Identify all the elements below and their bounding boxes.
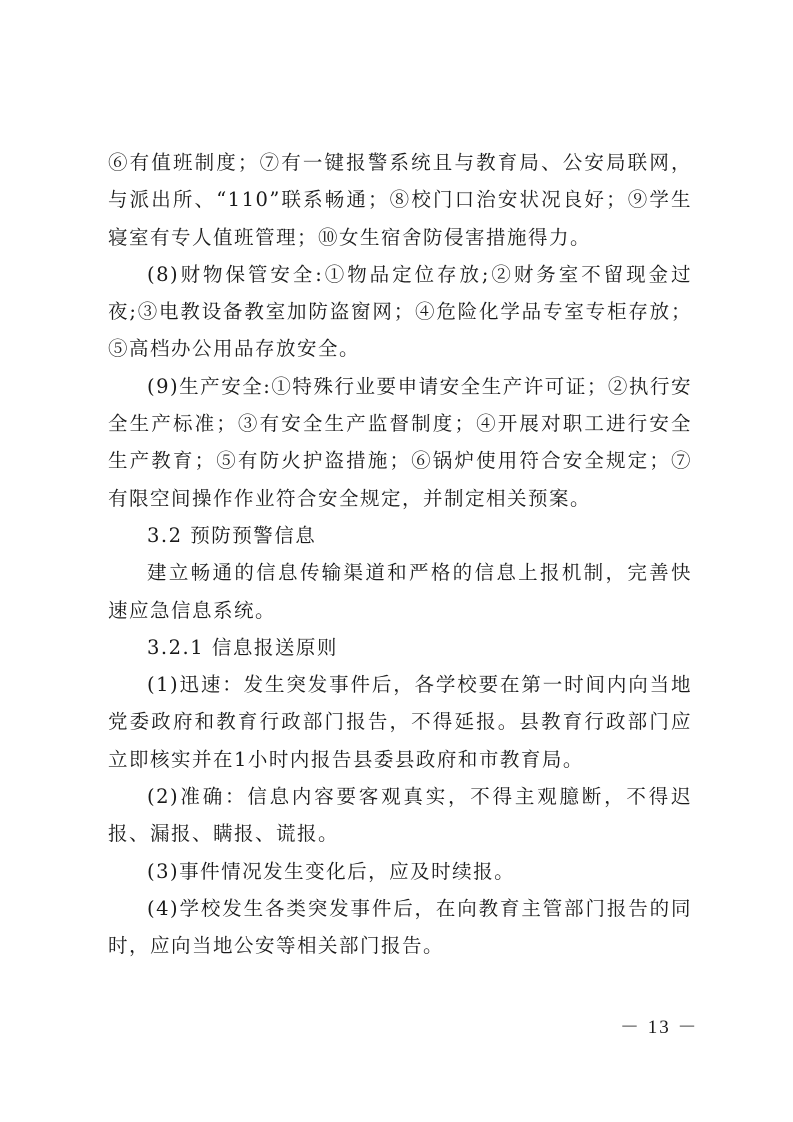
paragraph-principle-followup: (3)事件情况发生变化后，应及时续报。	[108, 853, 692, 890]
paragraph-principle-speed: (1)迅速：发生突发事件后，各学校要在第一时间内向当地党委政府和教育行政部门报告…	[108, 666, 692, 778]
paragraph-principle-police-report: (4)学校发生各类突发事件后，在向教育主管部门报告的同时，应向当地公安等相关部门…	[108, 890, 692, 965]
section-heading-3-2-1: 3.2.1 信息报送原则	[108, 629, 692, 666]
paragraph-info-channel: 建立畅通的信息传输渠道和严格的信息上报机制，完善快速应急信息系统。	[108, 554, 692, 629]
paragraph-production-safety: (9)生产安全:①特殊行业要申请安全生产许可证；②执行安全生产标准；③有安全生产…	[108, 368, 692, 517]
page-number: － 13 －	[620, 1012, 699, 1039]
document-body: ⑥有值班制度；⑦有一键报警系统且与教育局、公安局联网，与派出所、“110”联系畅…	[108, 144, 692, 965]
paragraph-property-safety: (8)财物保管安全:①物品定位存放;②财务室不留现金过夜;③电教设备教室加防盗窗…	[108, 256, 692, 368]
paragraph-principle-accuracy: (2)准确：信息内容要客观真实，不得主观臆断，不得迟报、漏报、瞒报、谎报。	[108, 778, 692, 853]
section-heading-3-2: 3.2 预防预警信息	[108, 517, 692, 554]
paragraph-duty-items: ⑥有值班制度；⑦有一键报警系统且与教育局、公安局联网，与派出所、“110”联系畅…	[108, 144, 692, 256]
